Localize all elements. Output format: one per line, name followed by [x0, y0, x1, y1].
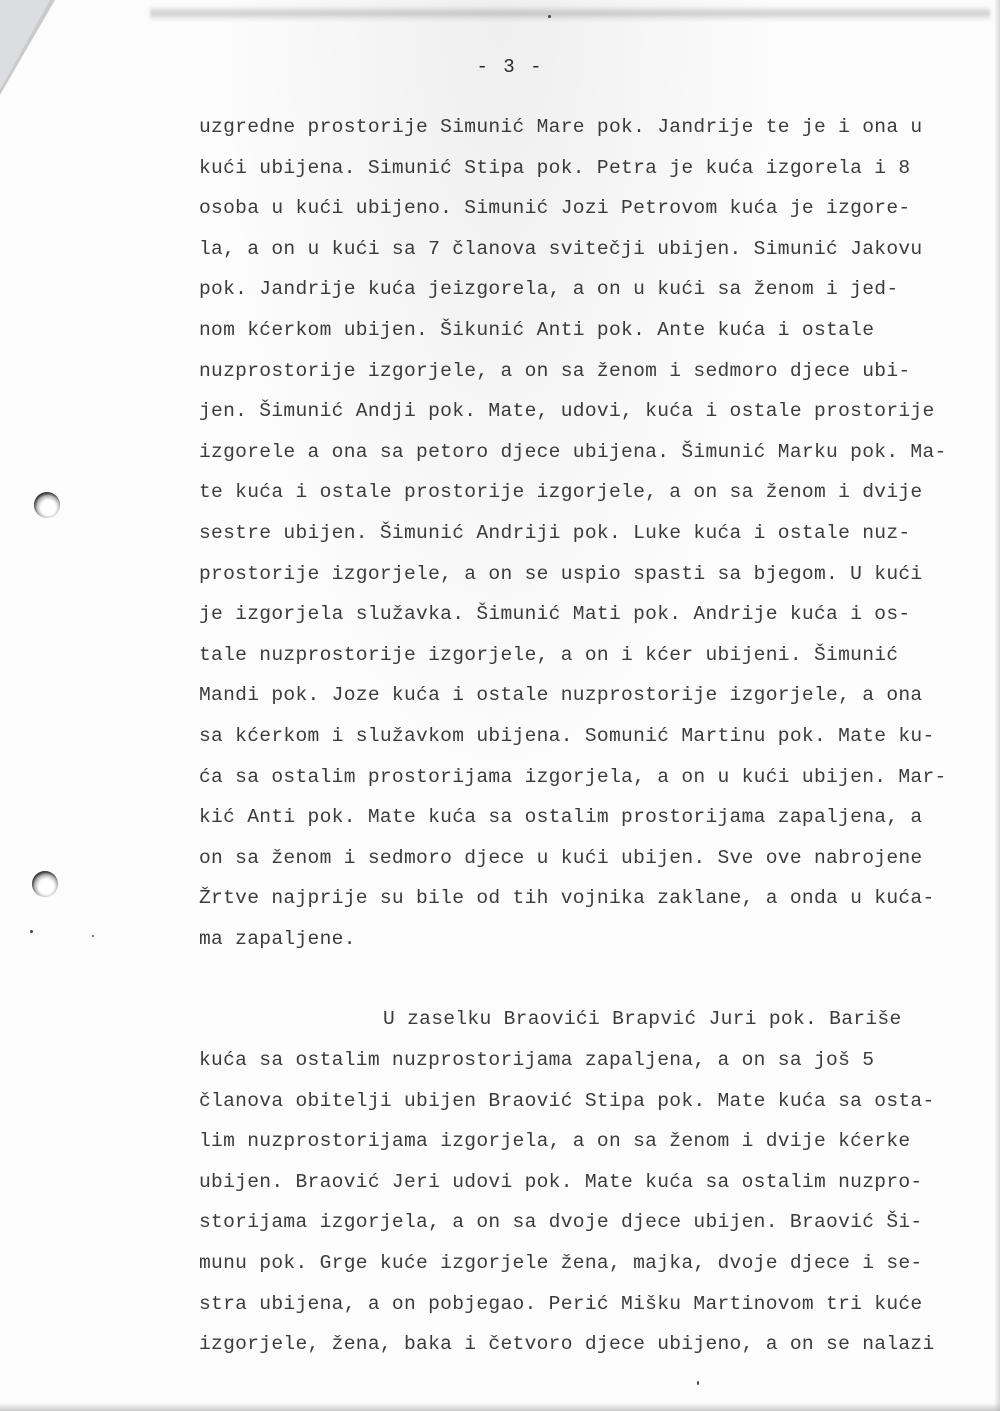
- text-line: prostorije izgorjele, a on se uspio spas…: [199, 560, 979, 601]
- text-line: jen. Šimunić Andji pok. Mate, udovi, kuć…: [199, 397, 979, 438]
- paragraph-1: uzgredne prostorije Simunić Mare pok. Ja…: [199, 113, 979, 965]
- page-bottom-edge: [0, 1403, 1000, 1411]
- text-line: kući ubijena. Simunić Stipa pok. Petra j…: [199, 154, 979, 195]
- text-line: on sa ženom i sedmoro djece u kući ubije…: [199, 844, 979, 885]
- text-line: ubijen. Braović Jeri udovi pok. Mate kuć…: [199, 1168, 979, 1209]
- text-line: kić Anti pok. Mate kuća sa ostalim prost…: [199, 803, 979, 844]
- punch-hole-icon: [34, 492, 60, 518]
- text-line: lim nuzprostorijama izgorjela, a on sa ž…: [199, 1127, 979, 1168]
- text-line: uzgredne prostorije Simunić Mare pok. Ja…: [199, 113, 979, 154]
- text-line: te kuća i ostale prostorije izgorjele, a…: [199, 478, 979, 519]
- text-line: ća sa ostalim prostorijama izgorjela, a …: [199, 763, 979, 804]
- text-line: kuća sa ostalim nuzprostorijama zapaljen…: [199, 1046, 979, 1087]
- text-line: nuzprostorije izgorjele, a on sa ženom i…: [199, 357, 979, 398]
- scanned-page: - 3 - uzgredne prostorije Simunić Mare p…: [0, 0, 1000, 1411]
- typewritten-text: uzgredne prostorije Simunić Mare pok. Ja…: [199, 113, 979, 1371]
- text-line: stra ubijena, a on pobjegao. Perić Mišku…: [199, 1290, 979, 1331]
- page-number: - 3 -: [0, 56, 1000, 78]
- paragraph-2: U zaselku Braovići Brapvić Juri pok. Bar…: [199, 1005, 979, 1370]
- speck: [548, 15, 551, 18]
- speck: [92, 935, 94, 937]
- text-line: pok. Jandrije kuća jeizgorela, a on u ku…: [199, 275, 979, 316]
- text-line: osoba u kući ubijeno. Simunić Jozi Petro…: [199, 194, 979, 235]
- punch-hole-icon: [32, 871, 58, 897]
- text-line: la, a on u kući sa 7 članova svitečji ub…: [199, 235, 979, 276]
- text-line: ma zapaljene.: [199, 925, 979, 966]
- text-line: izgorjele, žena, baka i četvoro djece ub…: [199, 1330, 979, 1371]
- text-line: Mandi pok. Joze kuća i ostale nuzprostor…: [199, 681, 979, 722]
- paragraph-gap: [199, 965, 979, 1005]
- page-right-edge: [994, 0, 1000, 1411]
- text-line: nom kćerkom ubijen. Šikunić Anti pok. An…: [199, 316, 979, 357]
- text-line: U zaselku Braovići Brapvić Juri pok. Bar…: [199, 1005, 979, 1046]
- text-line: munu pok. Grge kuće izgorjele žena, majk…: [199, 1249, 979, 1290]
- text-line: storijama izgorjela, a on sa dvoje djece…: [199, 1208, 979, 1249]
- text-line: Žrtve najprije su bile od tih vojnika za…: [199, 884, 979, 925]
- text-line: sestre ubijen. Šimunić Andriji pok. Luke…: [199, 519, 979, 560]
- scan-top-shadow: [150, 6, 990, 20]
- speck: [30, 930, 33, 933]
- speck: [697, 1381, 699, 1385]
- text-line: izgorele a ona sa petoro djece ubijena. …: [199, 438, 979, 479]
- text-line: je izgorjela služavka. Šimunić Mati pok.…: [199, 600, 979, 641]
- text-line: članova obitelji ubijen Braović Stipa po…: [199, 1087, 979, 1128]
- text-line: tale nuzprostorije izgorjele, a on i kće…: [199, 641, 979, 682]
- text-line: sa kćerkom i služavkom ubijena. Somunić …: [199, 722, 979, 763]
